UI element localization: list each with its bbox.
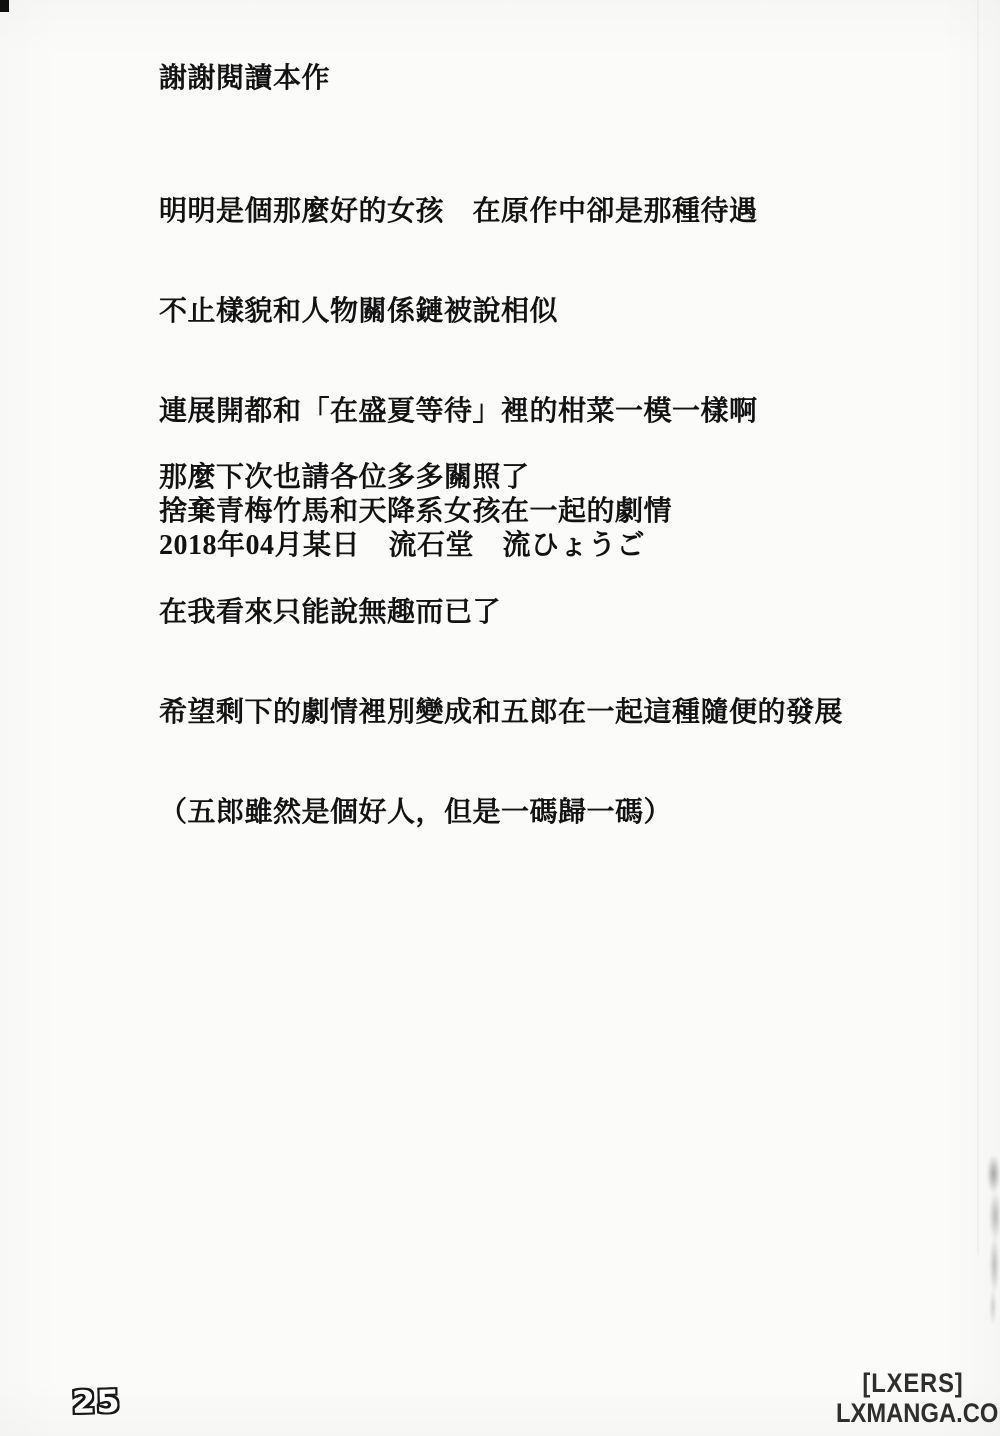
scan-streak-artifact (984, 1153, 1000, 1293)
scanned-document-page: 謝謝閱讀本作 明明是個那麼好的女孩 在原作中卻是那種待遇 不止樣貌和人物關係鏈被… (0, 0, 1000, 1436)
scan-seam-artifact (977, 0, 979, 1255)
closing-remark: 那麼下次也請各位多多關照了 (159, 461, 530, 494)
paragraph-line-2: 不止樣貌和人物關係鏈被說相似 (159, 295, 843, 328)
paragraph-line-7: （五郎雖然是個好人，但是一碼歸一碼） (159, 796, 843, 829)
paragraph-line-4: 捨棄青梅竹馬和天降系女孩在一起的劇情 (159, 495, 843, 528)
scan-streak-tail-artifact (988, 1285, 997, 1340)
page-number: 25 (72, 1384, 122, 1421)
afterword-paragraph: 明明是個那麼好的女孩 在原作中卻是那種待遇 不止樣貌和人物關係鏈被說相似 連展開… (159, 128, 843, 896)
scan-corner-artifact (0, 0, 9, 12)
paragraph-line-5: 在我看來只能說無趣而已了 (159, 596, 843, 629)
watermark-group-name: [LXERS] (836, 1368, 990, 1398)
watermark-site-name: LXMANGA.COM (836, 1398, 990, 1428)
paragraph-line-6: 希望剩下的劇情裡別變成和五郎在一起這種隨便的發展 (159, 696, 843, 729)
afterword-title: 謝謝閱讀本作 (159, 62, 330, 95)
paragraph-line-1: 明明是個那麼好的女孩 在原作中卻是那種待遇 (159, 195, 843, 228)
paragraph-line-3: 連展開都和「在盛夏等待」裡的柑菜一模一樣啊 (159, 395, 843, 428)
site-watermark: [LXERS] LXMANGA.COM (836, 1368, 990, 1428)
date-signature-line: 2018年04月某日 流石堂 流ひょうご (159, 529, 645, 562)
